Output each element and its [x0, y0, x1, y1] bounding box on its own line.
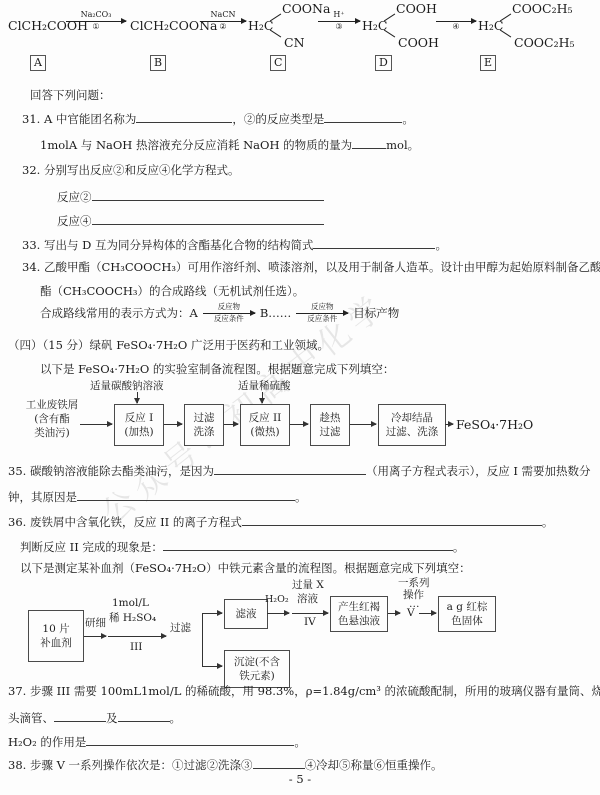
arrow-right: [80, 424, 112, 425]
answer-blank: [92, 189, 324, 201]
bond-line: [500, 30, 511, 38]
question-34-line-1: 34. 乙酸甲酯（CH₃COOCH₃）可用作溶纤剂、喷漆溶剂，以及用于制备人造革…: [22, 260, 600, 274]
box-line: 产生红褐: [338, 600, 380, 614]
question-37-line-2: 头滴管、及。: [8, 710, 181, 725]
arrow-down: [137, 392, 138, 403]
box-line: (微热): [250, 425, 279, 439]
arrow-right: [350, 424, 376, 425]
box-line: 色悬浊液: [338, 614, 380, 628]
answer-blank: [253, 757, 305, 769]
question-text: 。: [170, 711, 182, 725]
question-32-reaction4: 反应④: [57, 213, 324, 228]
flow2-acid-conc: 1mol/L: [112, 597, 149, 610]
arrow-right: [445, 424, 453, 425]
question-text: 判断反应 II 完成的现象是：: [20, 540, 163, 554]
question-33: 33. 写出与 D 互为同分异构体的含酯基化合物的结构简式。: [22, 237, 447, 252]
route-text: 目标产物: [353, 306, 399, 320]
flow2-step-v: V: [407, 607, 415, 620]
box-line: 沉淀(不含: [234, 655, 280, 669]
flow2-h2o2-label: H₂O₂: [265, 594, 289, 606]
arrow-line: [200, 21, 246, 22]
feed-line: 类油污): [24, 426, 80, 440]
box-line: 10 片: [42, 622, 69, 636]
section-4-head: （四）（15 分）绿矾 FeSO₄·7H₂O 广泛用于医药和工业领域。: [8, 338, 329, 352]
question-text: ，②的反应类型是: [232, 112, 324, 126]
compound-c-structure: H₂C COONa CN: [248, 0, 318, 54]
substituent-bottom: COOH: [398, 35, 439, 50]
box-line: 洗涤: [194, 425, 215, 439]
arrow-right: [388, 613, 400, 614]
question-text: 头滴管、: [8, 711, 54, 725]
substituent-bottom: COOC₂H₅: [514, 35, 575, 50]
box-line: 过滤: [194, 411, 215, 425]
section-4-sub: 以下是 FeSO₄·7H₂O 的实验室制备流程图。根据题意完成下列填空：: [40, 362, 394, 376]
question-36-line-2: 判断反应 II 完成的现象是：。: [20, 539, 464, 554]
flow1-box-reaction2: 反应 II (微热): [240, 404, 290, 446]
arrow-right: [290, 424, 308, 425]
question-32-head: 32. 分别写出反应②和反应④化学方程式。: [22, 163, 239, 177]
flow2-excess-solution: 溶液: [297, 593, 318, 606]
flow2-box-tablets: 10 片 补血剂: [28, 610, 84, 662]
question-text: mol。: [386, 138, 419, 152]
question-text: 。: [295, 490, 307, 504]
question-text: 钟，其原因是: [8, 490, 77, 504]
route-arrow-below: 反应条件: [307, 315, 337, 324]
feed-line: 工业废铁屑: [24, 398, 80, 412]
question-text: 31. A 中官能团名称为: [22, 112, 136, 126]
box-line: 过滤、洗涤: [386, 425, 439, 439]
question-text: （用离子方程式表示），反应 I 需要加热数分: [366, 464, 591, 478]
arrow-right: [202, 613, 222, 614]
flow2-step-iv: IV: [304, 616, 316, 629]
flow2-box-precipitate: 沉淀(不含 铁元素): [224, 650, 290, 688]
route-arrow-above: 反应物: [218, 303, 241, 312]
answer-blank: [136, 111, 232, 123]
question-text: 。: [435, 238, 447, 252]
flow1-box-filter-wash: 过滤 洗涤: [184, 404, 224, 446]
arrow-line: [318, 21, 360, 22]
answer-blank: [118, 710, 170, 722]
box-line: 反应 I: [125, 411, 154, 425]
flow1-reagent-2: 适量稀硫酸: [238, 380, 291, 393]
flow1-feed-label: 工业废铁屑 (含有酯 类油污): [24, 398, 80, 440]
route-arrow-below: 反应条件: [214, 315, 244, 324]
step-number: ④: [452, 23, 459, 32]
question-text: ④冷却⑤称量⑥恒重操作。: [305, 758, 443, 772]
arrow-right: [224, 424, 238, 425]
compound-label-e: E: [480, 55, 496, 71]
reagent-label: H⁺: [333, 11, 344, 20]
question-text: 1molA 与 NaOH 热溶液充分反应消耗 NaOH 的物质的量为: [40, 138, 352, 152]
flow2-box-suspension: 产生红褐 色悬浊液: [330, 596, 388, 632]
arrow-line: [296, 313, 348, 314]
compound-label-c: C: [270, 55, 286, 71]
flow1-box-reaction1: 反应 I (加热): [114, 404, 164, 446]
compound-d-structure: H₂C COOH COOH: [362, 0, 432, 54]
box-line: a g 红棕: [447, 600, 488, 614]
fork-line: [202, 613, 203, 666]
step-number: ①: [92, 23, 99, 32]
flow2-intro: 以下是测定某补血剂（FeSO₄·7H₂O）中铁元素含量的流程图。根据题意完成下列…: [20, 561, 471, 575]
exam-page: 公众号：初高中化学 ClCH₂COOH Na₂CO₃ ① ClCH₂COONa …: [0, 0, 600, 795]
box-line: 冷却结晶: [391, 411, 433, 425]
question-36-line-1: 36. 废铁屑中含氧化铁，反应 II 的离子方程式。: [8, 514, 553, 529]
answer-blank: [313, 237, 435, 249]
arrow-right: [84, 636, 106, 637]
question-text: 35. 碳酸钠溶液能除去酯类油污，是因为: [8, 464, 214, 478]
bond-line: [270, 30, 281, 38]
route-arrow-2: 反应物 反应条件: [296, 303, 348, 323]
arrow-down: [262, 392, 263, 403]
answer-blank: [242, 514, 542, 526]
route-text: B……: [260, 306, 291, 320]
intro-line: 回答下列问题：: [30, 88, 111, 102]
answer-blank: [163, 539, 453, 551]
question-text: 。: [542, 515, 554, 529]
flow1-box-hot-filter: 趁热 过滤: [310, 404, 350, 446]
arrow-right: [292, 613, 328, 614]
question-31-line-2: 1molA 与 NaOH 热溶液充分反应消耗 NaOH 的物质的量为mol。: [40, 137, 419, 152]
flow2-grind-label: 研细: [85, 617, 106, 630]
question-37-line-3: H₂O₂ 的作用是。: [8, 734, 306, 749]
synthesis-route-notation: 合成路线常用的表示方式为：A 反应物 反应条件 B…… 反应物 反应条件 目标产…: [40, 301, 399, 325]
bond-line: [384, 30, 395, 38]
question-35-line-1: 35. 碳酸钠溶液能除去酯类油污，是因为（用离子方程式表示），反应 I 需要加热…: [8, 463, 591, 478]
arrow-line: [66, 21, 126, 22]
flow2-box-solid: a g 红棕 色固体: [438, 596, 496, 632]
flow2-excess-x: 过量 X: [292, 579, 324, 592]
page-number: - 5 -: [0, 772, 600, 786]
answer-blank: [352, 137, 386, 149]
route-text: 合成路线常用的表示方式为：A: [40, 306, 198, 320]
answer-blank: [92, 213, 324, 225]
answer-blank: [77, 489, 295, 501]
question-31-line-1: 31. A 中官能团名称为，②的反应类型是。: [22, 111, 414, 126]
question-text: H₂O₂ 的作用是: [8, 735, 86, 749]
compound-label-b: B: [150, 55, 166, 71]
box-line: (加热): [124, 425, 153, 439]
reagent-label: Na₂CO₃: [81, 11, 112, 20]
flow2-step-iii: III: [130, 641, 142, 654]
answer-blank: [214, 463, 366, 475]
flow1-box-crystallize: 冷却结晶 过滤、洗涤: [378, 404, 446, 446]
question-38: 38. 步骤 V 一系列操作依次是：①过滤②洗涤③④冷却⑤称量⑥恒重操作。: [8, 757, 443, 772]
question-text: 反应④: [57, 214, 92, 228]
question-text: 36. 废铁屑中含氧化铁，反应 II 的离子方程式: [8, 515, 242, 529]
question-37-line-1: 37. 步骤 III 需要 100mL1mol/L 的稀硫酸，用 98.3%，ρ…: [8, 684, 600, 698]
flow1-reagent-1: 适量碳酸钠溶液: [90, 380, 164, 393]
step-number: ②: [219, 23, 226, 32]
substituent-top: COOH: [396, 1, 437, 16]
arrow-line: [436, 21, 476, 22]
feed-line: (含有酯: [24, 412, 80, 426]
arrow-right: [108, 636, 166, 637]
question-text: 及: [106, 711, 118, 725]
flow2-acid-name: 稀 H₂SO₄: [109, 612, 156, 625]
reaction-arrow-1: Na₂CO₃ ①: [66, 11, 126, 32]
box-line: 色固体: [451, 614, 483, 628]
arrow-right: [419, 613, 436, 614]
reaction-arrow-2: NaCN ②: [200, 11, 246, 32]
arrow-line: [203, 313, 255, 314]
flow1-product: FeSO₄·7H₂O: [456, 417, 533, 433]
substituent-top: COOC₂H₅: [512, 1, 573, 16]
reaction-arrow-3: H⁺ ③: [318, 11, 360, 32]
box-line: 滤液: [236, 607, 257, 621]
box-line: 趁热: [320, 411, 341, 425]
question-32-reaction2: 反应②: [57, 189, 324, 204]
box-line: 反应 II: [249, 411, 282, 425]
question-35-line-2: 钟，其原因是。: [8, 489, 307, 504]
answer-blank: [324, 111, 402, 123]
arrow-right: [164, 424, 182, 425]
compound-label-a: A: [30, 55, 46, 71]
question-text: 。: [453, 540, 465, 554]
arrow-right: [267, 613, 289, 614]
step-number: ③: [335, 23, 342, 32]
box-line: 补血剂: [40, 636, 72, 650]
route-arrow-above: 反应物: [311, 303, 334, 312]
question-text: 。: [294, 735, 306, 749]
substituent-bottom: CN: [284, 35, 305, 50]
arrow-right: [202, 666, 222, 667]
reaction-arrow-4: ④: [436, 11, 476, 32]
compound-label-d: D: [375, 55, 392, 71]
route-arrow-1: 反应物 反应条件: [203, 303, 255, 323]
answer-blank: [86, 734, 294, 746]
flow2-filter-label: 过滤: [170, 622, 191, 635]
compound-e-structure: H₂C COOC₂H₅ COOC₂H₅: [478, 0, 570, 54]
question-text: 33. 写出与 D 互为同分异构体的含酯基化合物的结构简式: [22, 238, 313, 252]
answer-blank: [54, 710, 106, 722]
flow2-box-filtrate: 滤液: [224, 599, 268, 629]
reagent-label: NaCN: [211, 11, 236, 20]
question-text: 反应②: [57, 190, 92, 204]
question-34-line-2: 酯（CH₃COOCH₃）的合成路线（无机试剂任选）。: [40, 284, 304, 298]
question-text: 38. 步骤 V 一系列操作依次是：①过滤②洗涤③: [8, 758, 253, 772]
box-line: 过滤: [320, 425, 341, 439]
question-text: 。: [402, 112, 414, 126]
box-line: 铁元素): [239, 669, 275, 683]
